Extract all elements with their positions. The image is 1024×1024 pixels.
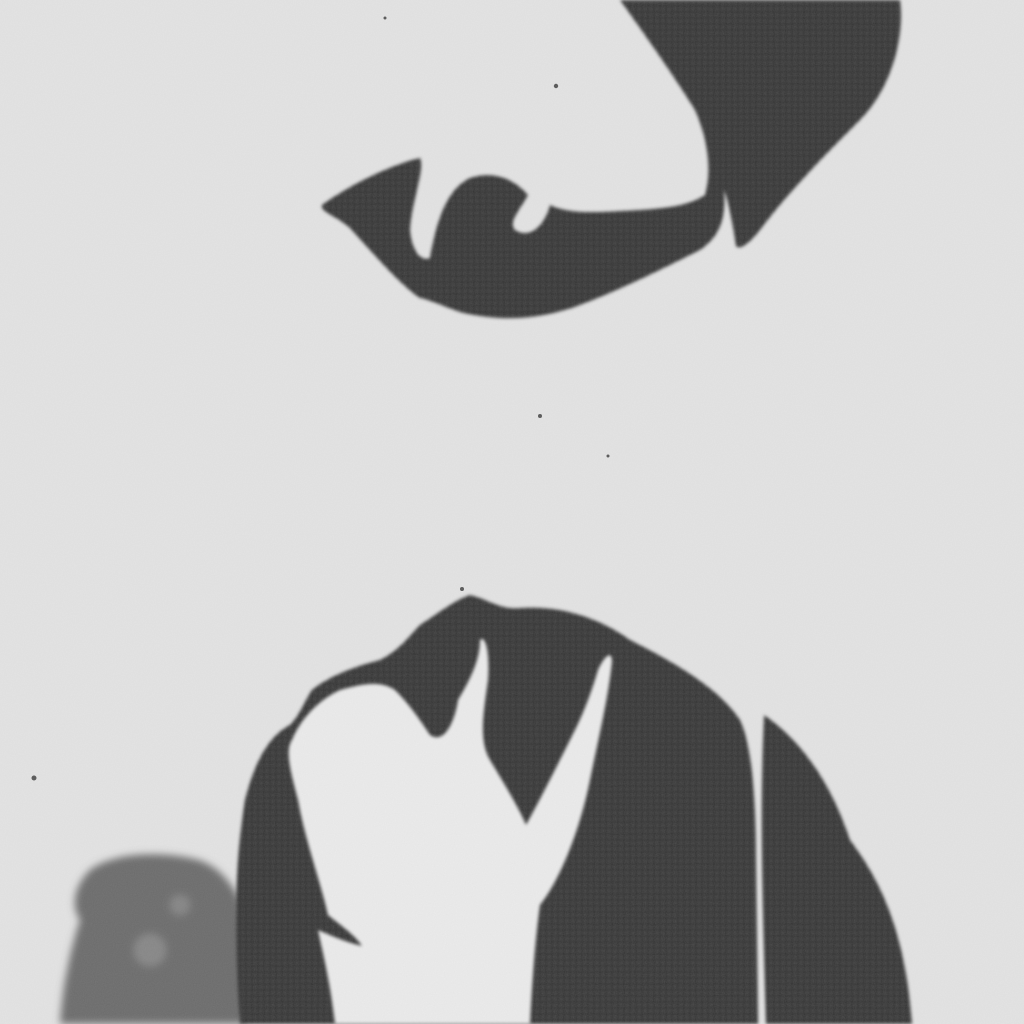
- grain-overlay: [0, 0, 1024, 1024]
- halftone-photo: [0, 0, 1024, 1024]
- photo-svg: [0, 0, 1024, 1024]
